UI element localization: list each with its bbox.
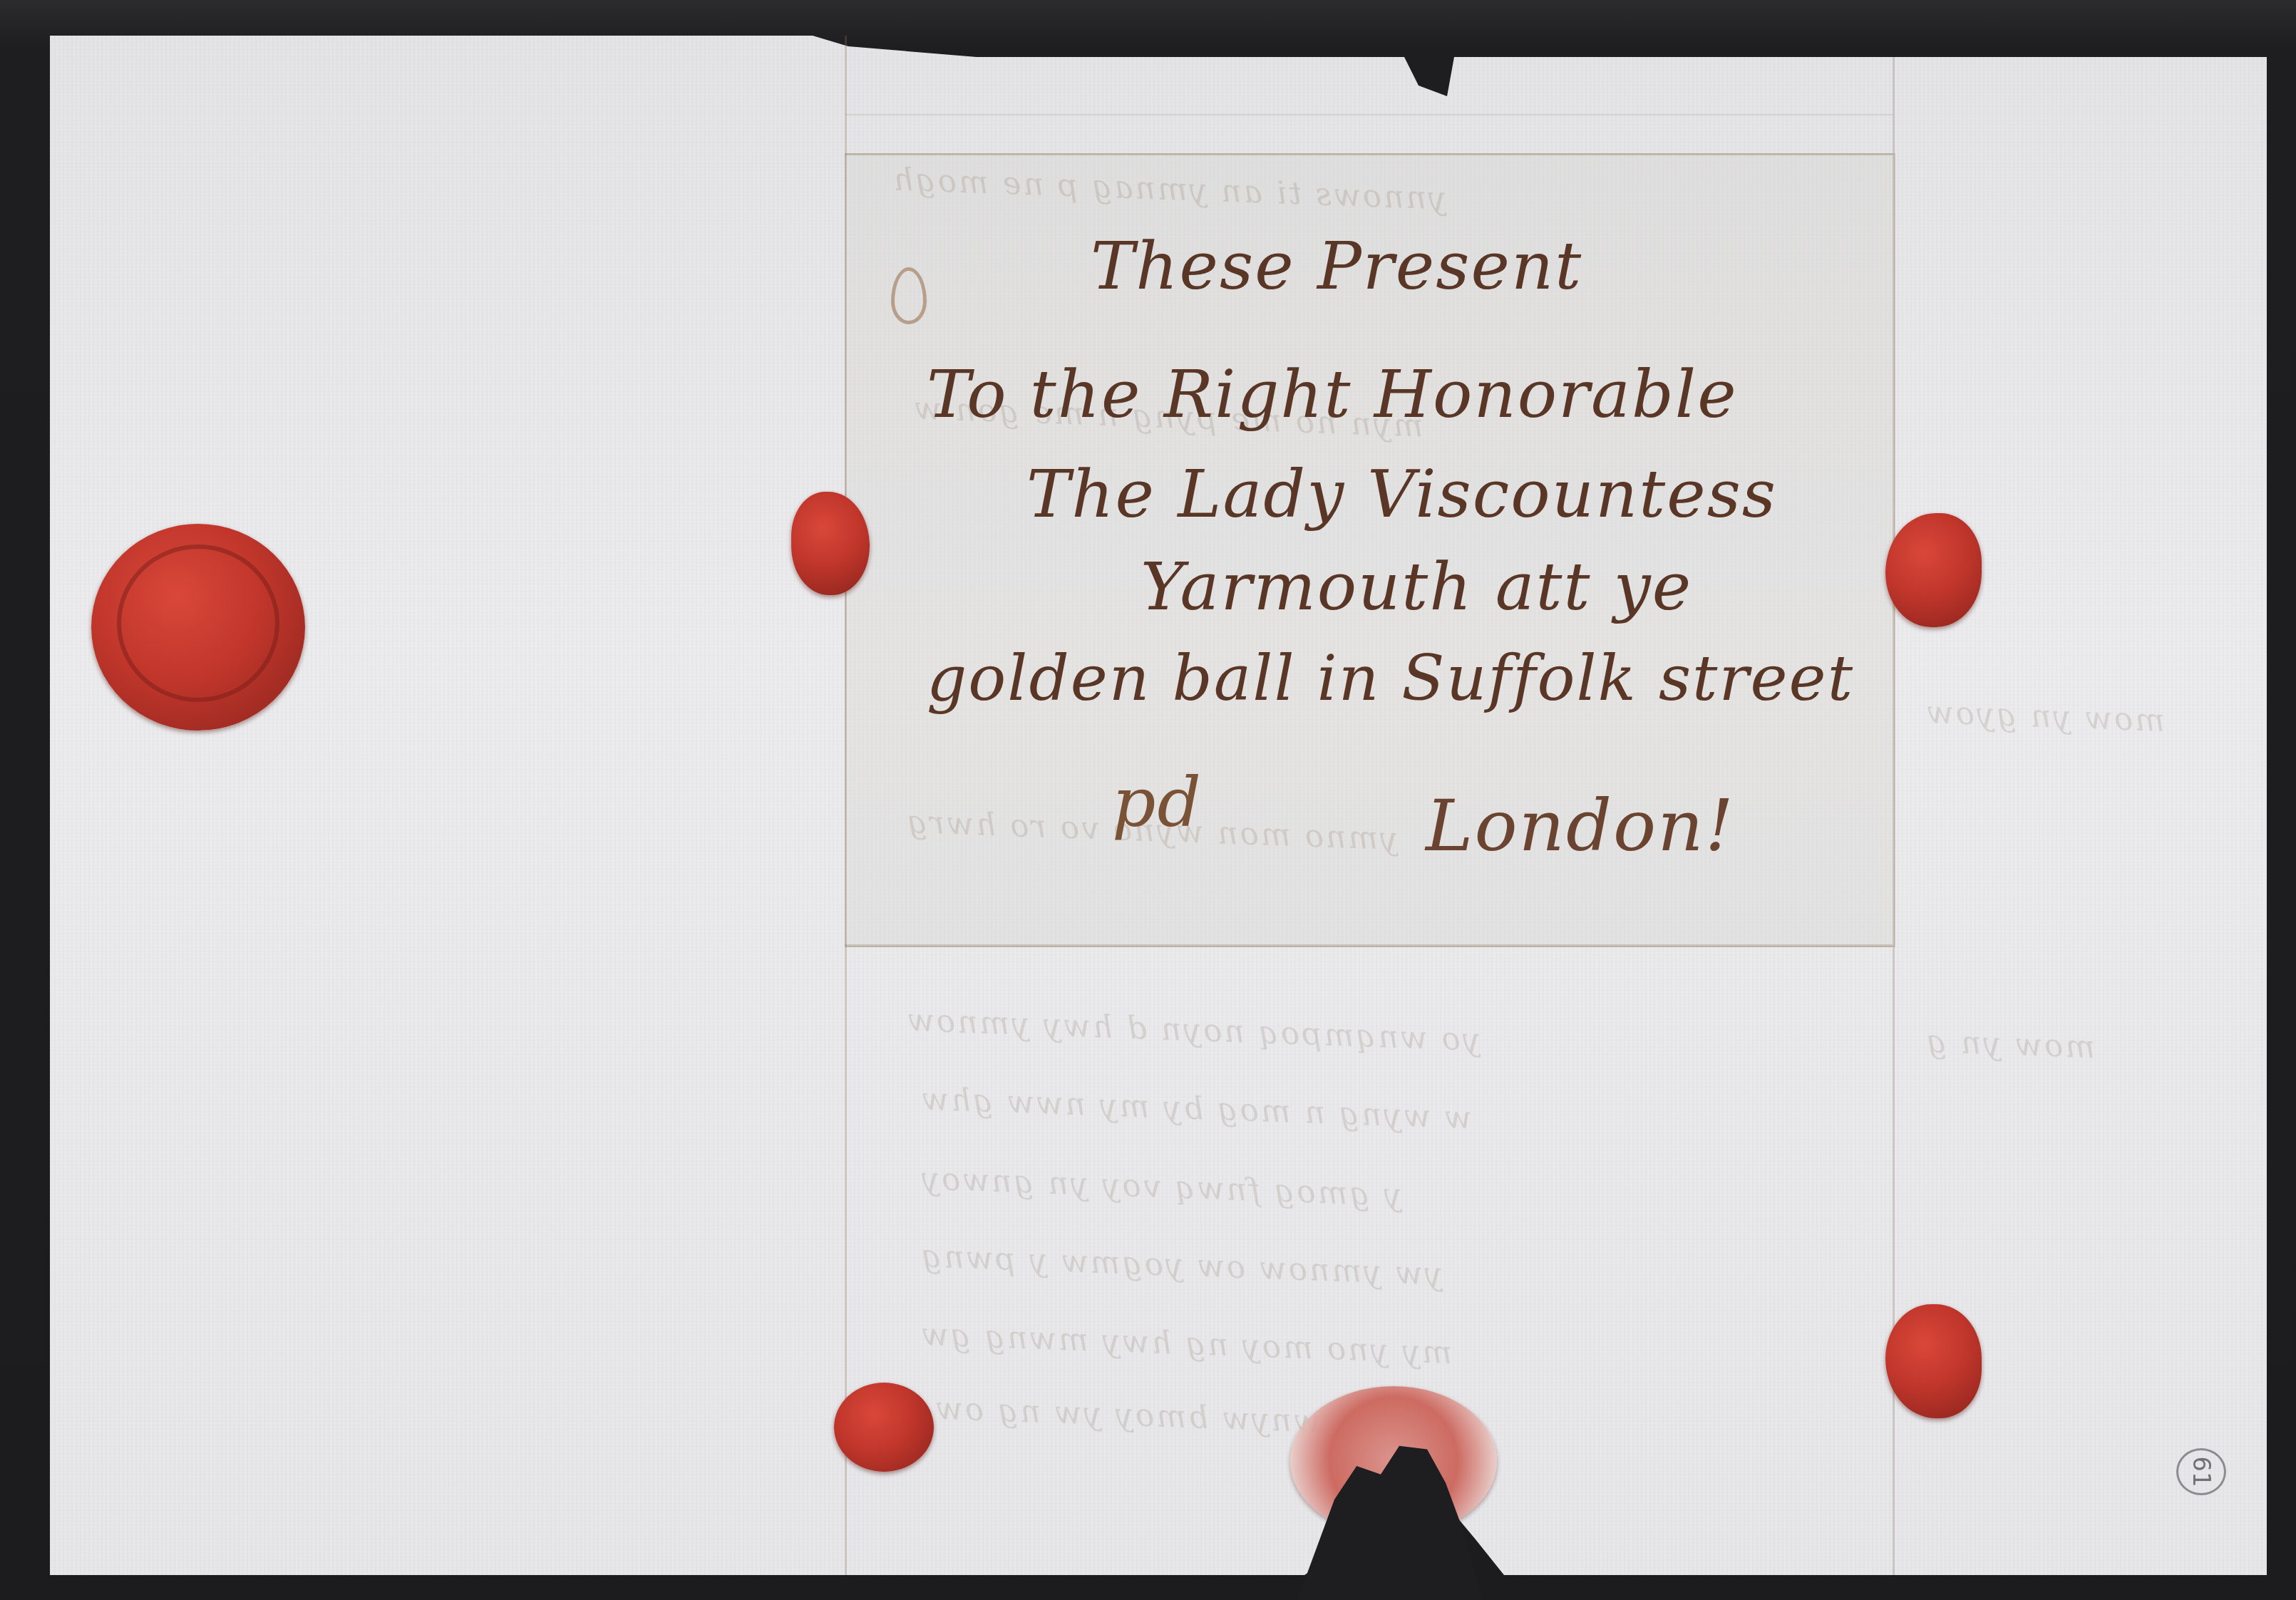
address-line-6: pd — [1112, 763, 1203, 842]
address-line-1: These Present — [1091, 228, 1582, 304]
fold-line-horizontal-top — [845, 153, 1893, 155]
address-line-2: To the Right Honorable — [927, 356, 1738, 433]
wax-seal-right-upper — [1885, 513, 1982, 627]
wax-seal-bottom-left — [834, 1383, 934, 1472]
fold-line-top-strip — [845, 114, 1893, 115]
folio-number: 61 — [2176, 1448, 2226, 1495]
wax-seal-center-left-upper — [791, 492, 870, 595]
wax-seal-bottom-right — [1885, 1304, 1982, 1418]
fold-line-horizontal-bottom — [845, 944, 1893, 947]
address-line-5: golden ball in Suffolk street — [927, 641, 1854, 715]
bleed-through-text: mow yn g — [1924, 1023, 2096, 1065]
address-line-3: The Lady Viscountess — [1026, 456, 1777, 532]
address-line-4: Yarmouth att ye — [1141, 549, 1692, 625]
address-line-7: London! — [1426, 784, 1735, 867]
fold-line-vertical-left — [845, 36, 847, 1575]
large-wax-seal — [91, 524, 305, 731]
